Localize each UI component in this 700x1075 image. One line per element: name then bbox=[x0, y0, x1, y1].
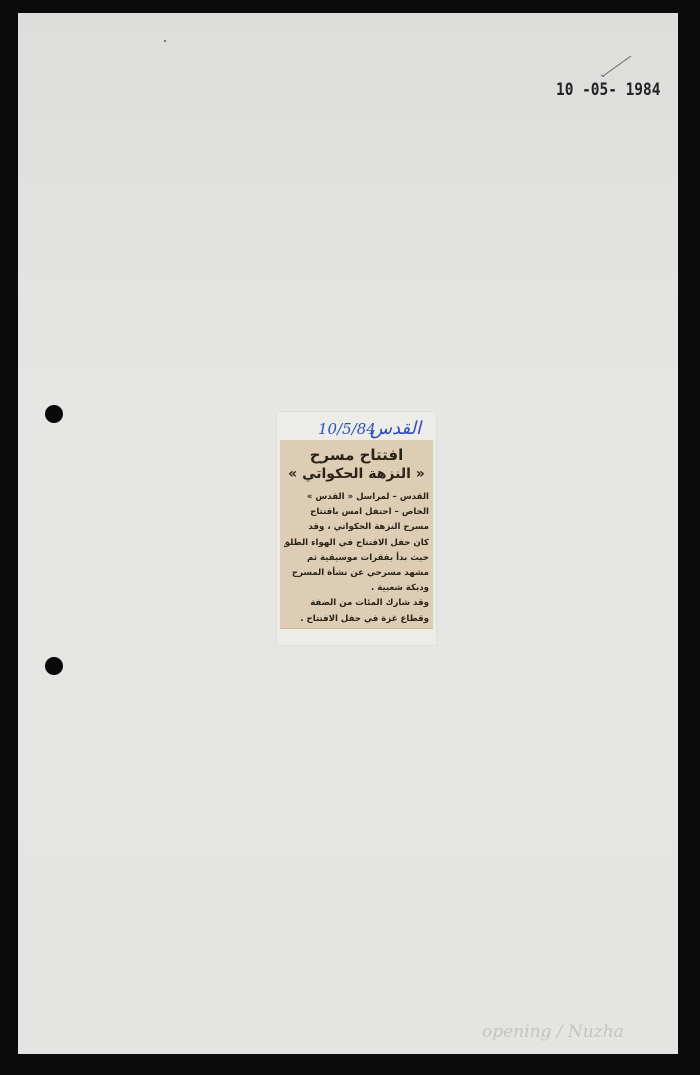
punch-hole-bottom bbox=[45, 657, 63, 675]
pencil-annotation: opening / Nuzha bbox=[482, 1022, 624, 1042]
date-stamp: 10 -05- 1984 bbox=[556, 80, 660, 100]
pencil-check-mark bbox=[600, 55, 632, 77]
paper-speck bbox=[164, 40, 166, 42]
article-line: مسرح النزهة الحكواتي ، وقد bbox=[284, 520, 429, 535]
handwritten-date: 10/5/84 bbox=[318, 420, 376, 438]
punch-hole-top bbox=[45, 405, 63, 423]
article-line: ودبكة شعبية . bbox=[284, 581, 429, 596]
article-line: مشهد مسرحي عن نشأة المسرح bbox=[284, 566, 429, 581]
article-line: الخاص – احتفل امس بافتتاح bbox=[284, 505, 429, 520]
article-line: كان حفل الافتتاح في الهواء الطلق bbox=[284, 536, 429, 551]
article-line: حيث بدأ بفقرات موسيقية ثم bbox=[284, 551, 429, 566]
article-line: وقطاع غزة في حفل الافتتاح . bbox=[284, 612, 429, 627]
article-line: وقد شارك المئات من الضفة bbox=[284, 596, 429, 611]
headline-line-2: « النزهة الحكواتي » bbox=[283, 466, 430, 482]
headline-line-1: افتتاح مسرح bbox=[283, 446, 430, 464]
article-line: القدس – لمراسل « القدس » bbox=[284, 490, 429, 505]
article-body: القدس – لمراسل « القدس » الخاص – احتفل ا… bbox=[284, 490, 429, 627]
handwritten-newspaper-name: القدس bbox=[370, 418, 421, 439]
